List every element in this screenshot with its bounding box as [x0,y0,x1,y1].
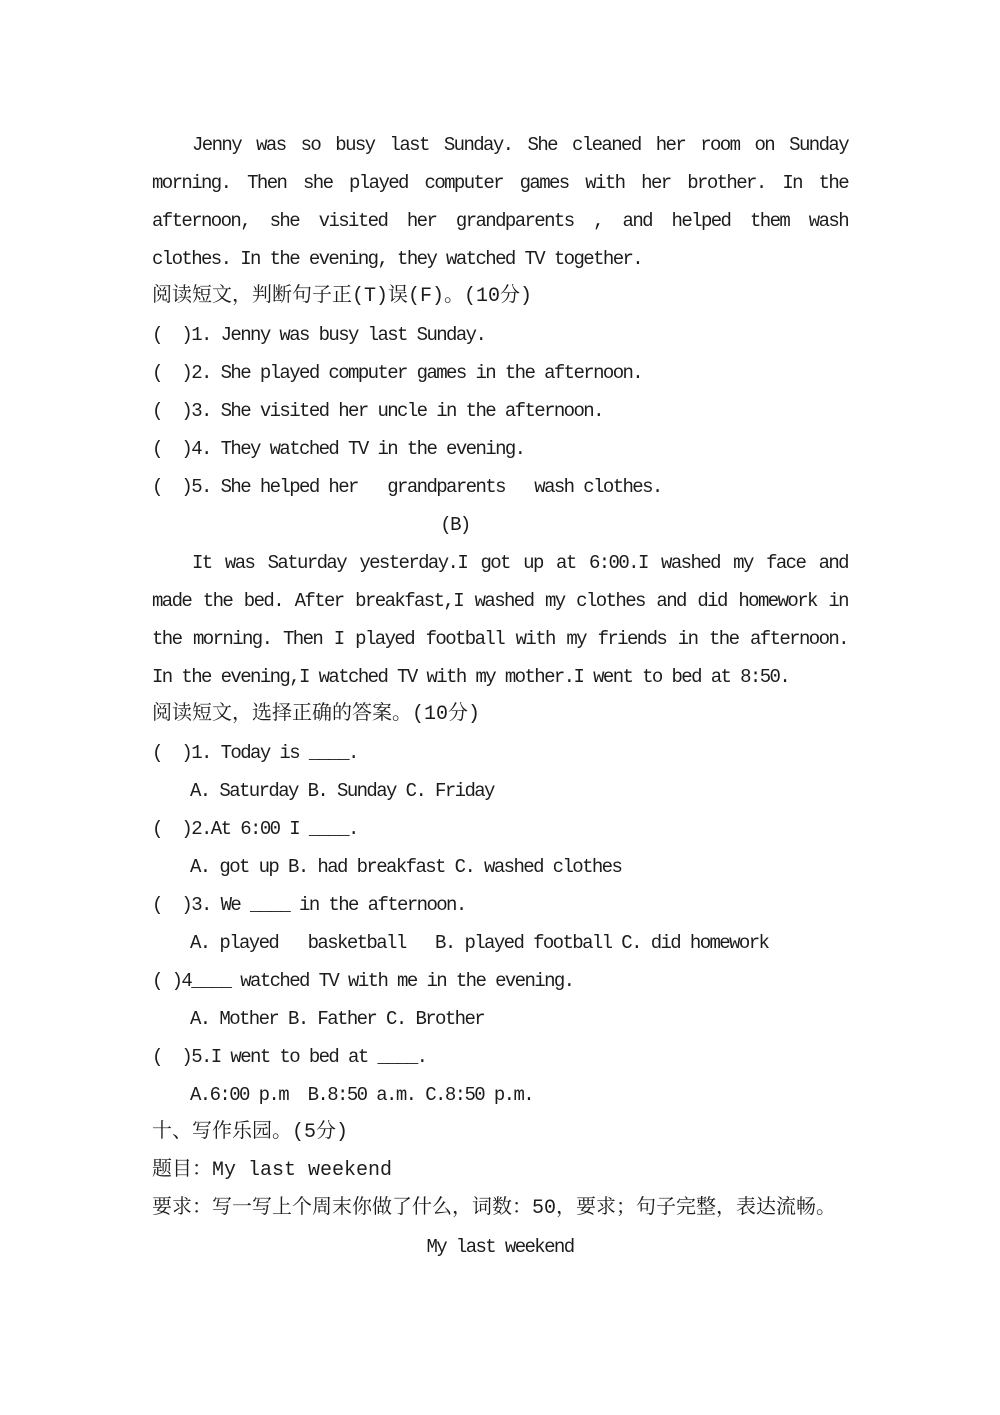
mc-question-5-stem: ( )5.I went to bed at ____. [152,1038,848,1076]
section-b-label: (B) [152,506,848,544]
writing-requirement: 要求：写一写上个周末你做了什么，词数：50，要求；句子完整，表达流畅。 [152,1190,848,1228]
true-false-questions: ( )1. Jenny was busy last Sunday. ( )2. … [152,316,848,506]
passage-b-line: the morning. Then I played football with… [152,620,848,658]
instruction-multiple-choice: 阅读短文，选择正确的答案。(10分) [152,696,848,734]
tf-question-5: ( )5. She helped her grandparents wash c… [152,468,848,506]
passage-a-line: clothes. In the evening, they watched TV… [152,240,848,278]
mc-question-4-options: A. Mother B. Father C. Brother [152,1000,848,1038]
mc-question-1-options: A. Saturday B. Sunday C. Friday [152,772,848,810]
composition-title: My last weekend [152,1228,848,1266]
mc-question-1-stem: ( )1. Today is ____. [152,734,848,772]
tf-question-1: ( )1. Jenny was busy last Sunday. [152,316,848,354]
tf-question-4: ( )4. They watched TV in the evening. [152,430,848,468]
passage-a-line: Jenny was so busy last Sunday. She clean… [152,126,848,164]
passage-b-line: made the bed. After breakfast,I washed m… [152,582,848,620]
mc-question-2-stem: ( )2.At 6:00 I ____. [152,810,848,848]
tf-question-2: ( )2. She played computer games in the a… [152,354,848,392]
tf-question-3: ( )3. She visited her uncle in the after… [152,392,848,430]
passage-b: It was Saturday yesterday.I got up at 6:… [152,544,848,696]
passage-a-line: afternoon, she visited her grandparents … [152,202,848,240]
mc-question-3-options: A. played basketball B. played football … [152,924,848,962]
passage-b-line: In the evening,I watched TV with my moth… [152,658,848,696]
passage-a-line: morning. Then she played computer games … [152,164,848,202]
writing-section-heading: 十、写作乐园。(5分) [152,1114,848,1152]
mc-question-4-stem: ( )4____ watched TV with me in the eveni… [152,962,848,1000]
mc-question-5-options: A.6:00 p.m B.8:50 a.m. C.8:50 p.m. [152,1076,848,1114]
instruction-true-false: 阅读短文，判断句子正(T)误(F)。(10分) [152,278,848,316]
mc-question-2-options: A. got up B. had breakfast C. washed clo… [152,848,848,886]
passage-b-line: It was Saturday yesterday.I got up at 6:… [152,544,848,582]
mc-question-3-stem: ( )3. We ____ in the afternoon. [152,886,848,924]
writing-topic: 题目：My last weekend [152,1152,848,1190]
writing-section: 十、写作乐园。(5分) 题目：My last weekend 要求：写一写上个周… [152,1114,848,1266]
exam-page: Jenny was so busy last Sunday. She clean… [152,126,848,1266]
passage-a: Jenny was so busy last Sunday. She clean… [152,126,848,278]
multiple-choice-questions: ( )1. Today is ____. A. Saturday B. Sund… [152,734,848,1114]
